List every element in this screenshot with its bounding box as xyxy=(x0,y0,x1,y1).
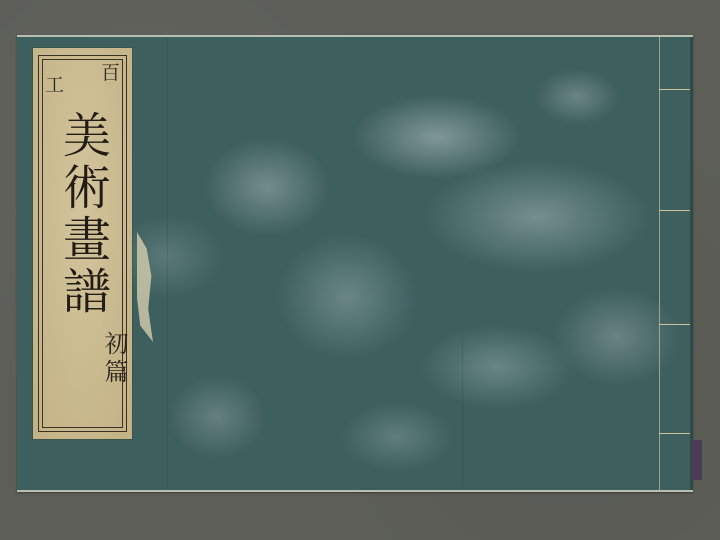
cover-crease xyxy=(167,37,168,490)
main-title: 美術畫譜 xyxy=(33,110,132,318)
binding-stitch xyxy=(659,433,692,434)
binding-stitch xyxy=(659,210,692,211)
cover-crease xyxy=(462,337,463,487)
binding-stitch xyxy=(659,89,692,90)
title-slip: 百 工 美術畫譜 初篇 xyxy=(33,48,132,439)
purple-tag xyxy=(692,440,702,480)
book-cover: 百 工 美術畫譜 初篇 xyxy=(17,35,693,492)
binding-thread-line xyxy=(659,37,660,490)
binding-stitch xyxy=(659,324,692,325)
title-prefix: 百 工 xyxy=(45,64,120,95)
spine-edge xyxy=(690,37,693,490)
title-prefix-left: 工 xyxy=(45,76,64,95)
volume-label: 初篇 xyxy=(33,331,132,387)
title-prefix-right: 百 xyxy=(101,64,120,95)
